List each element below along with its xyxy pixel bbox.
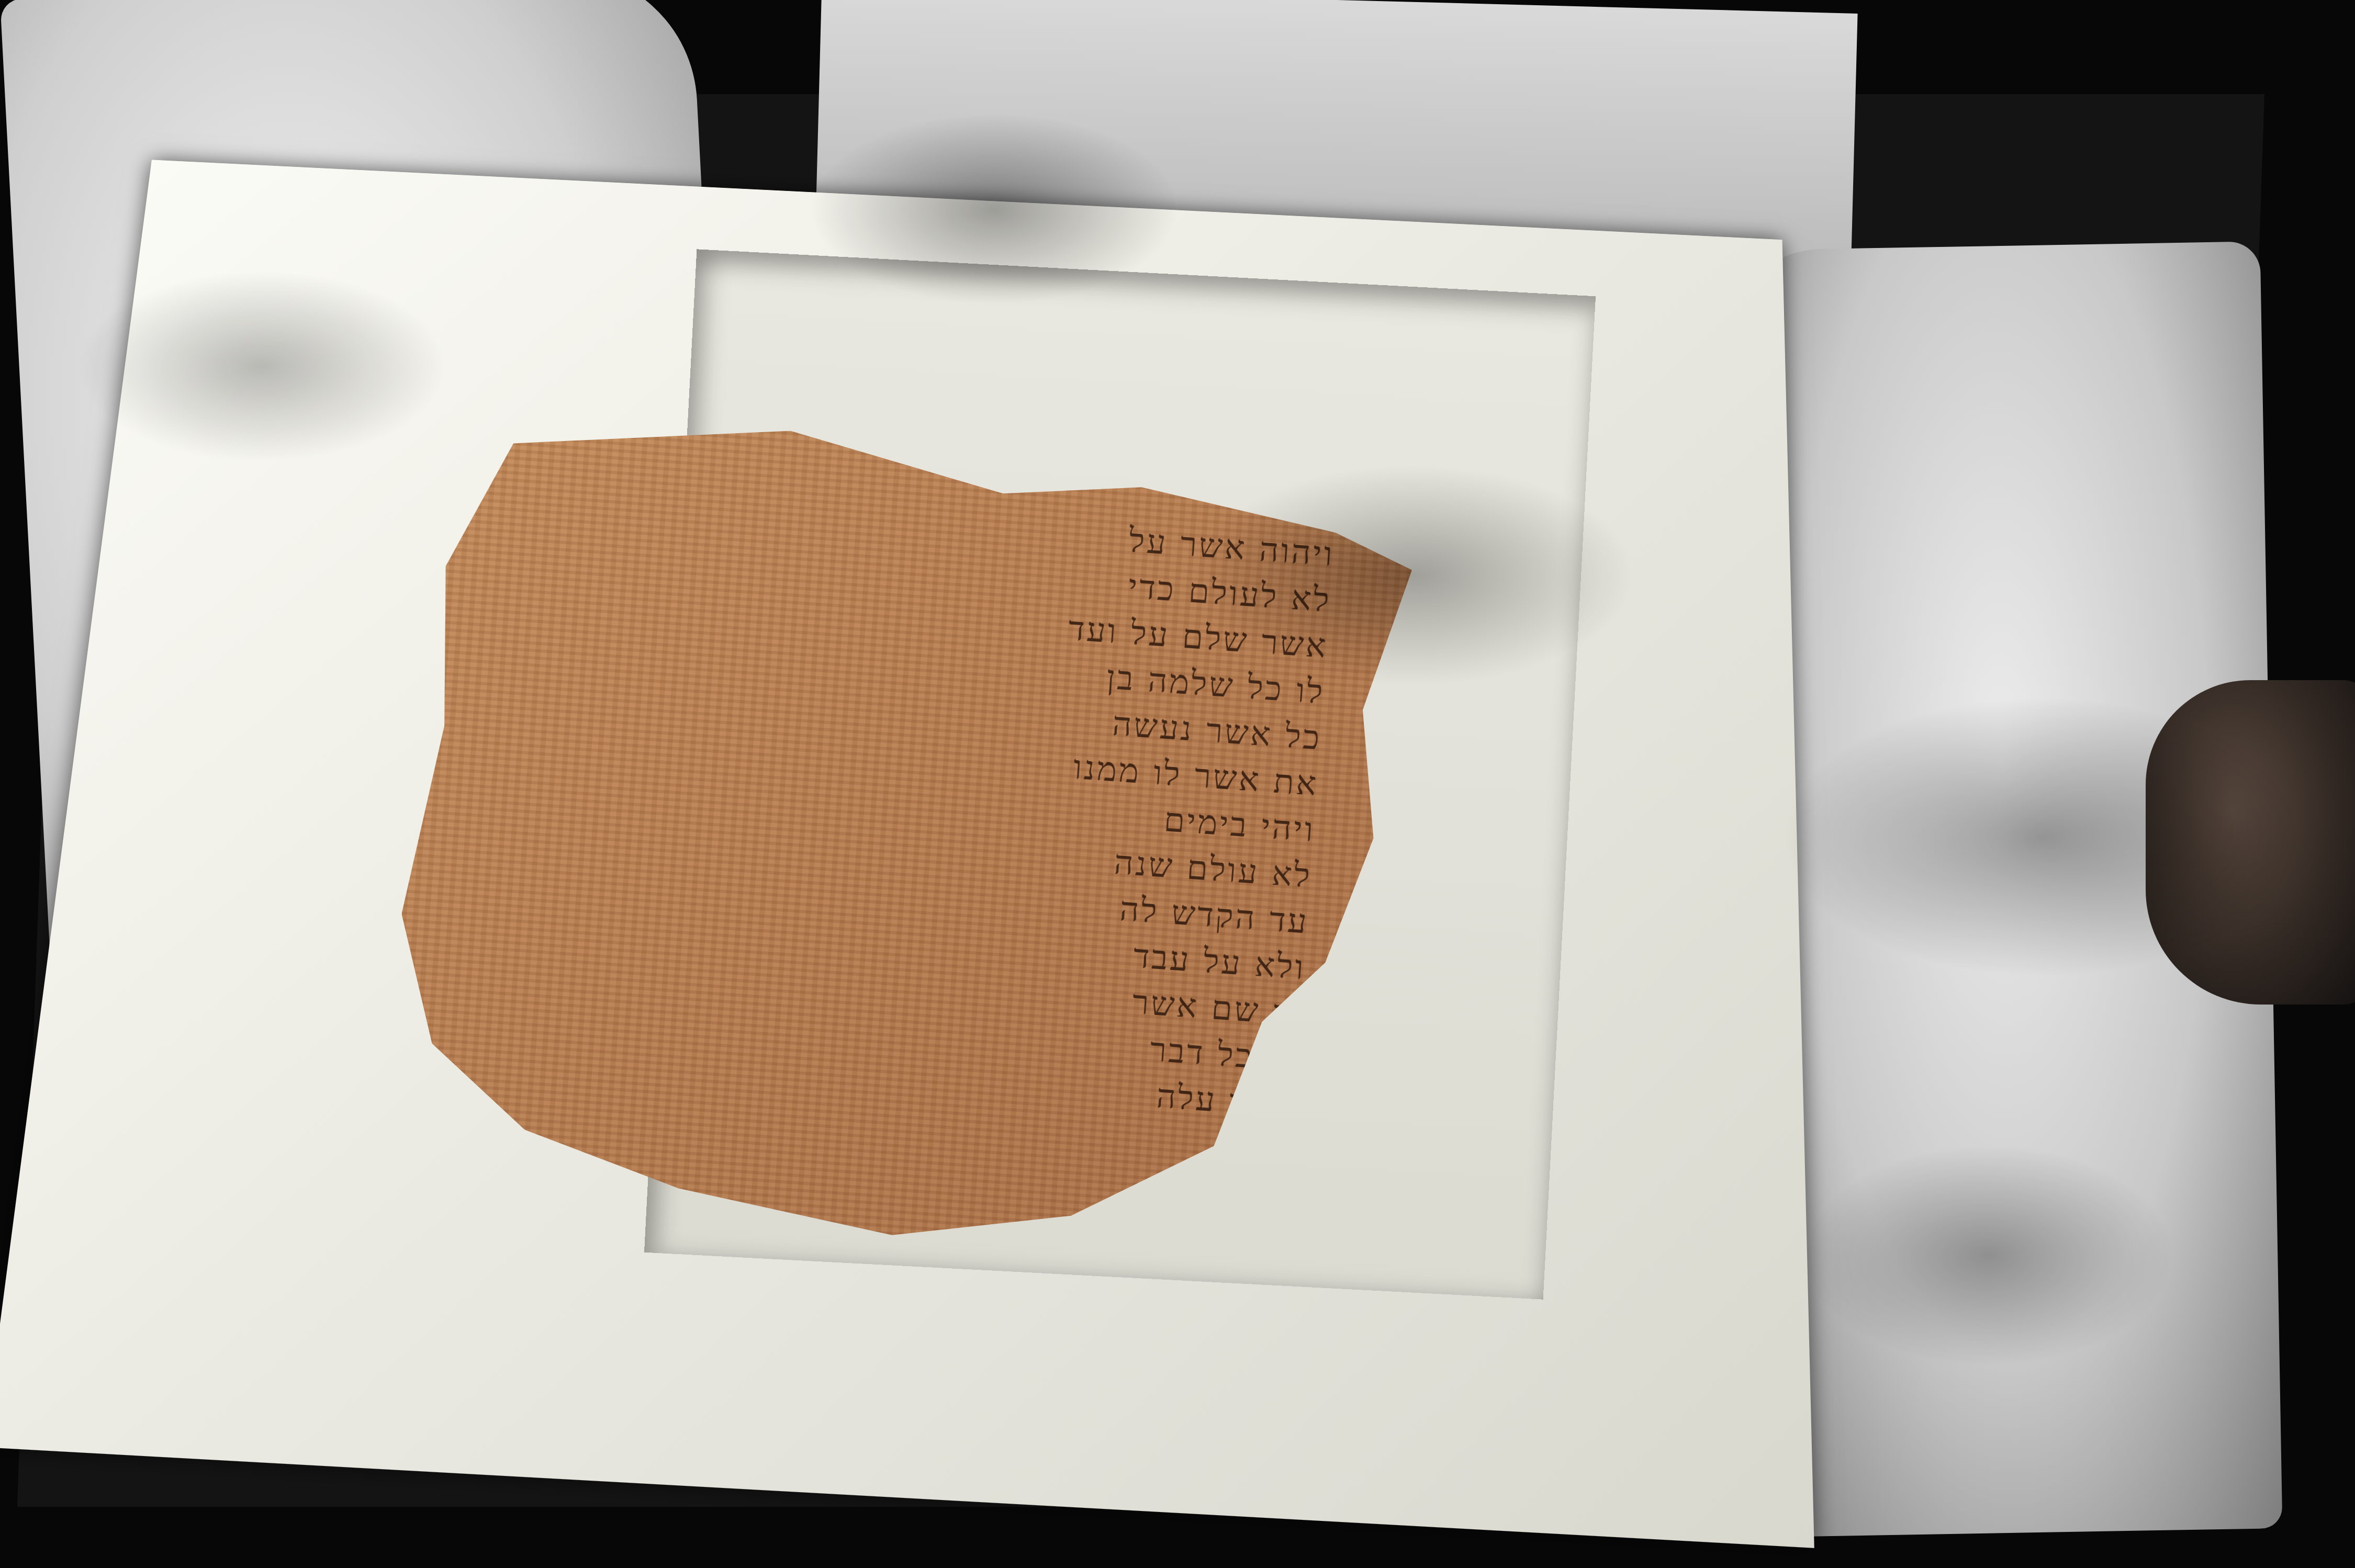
photo-scene: ויהוה אשר על לא לעולם כדי אשר שלם על ועד…: [0, 0, 2355, 1568]
hand: [2146, 680, 2355, 1005]
papyrus-script: ויהוה אשר על לא לעולם כדי אשר שלם על ועד…: [455, 473, 1336, 1185]
